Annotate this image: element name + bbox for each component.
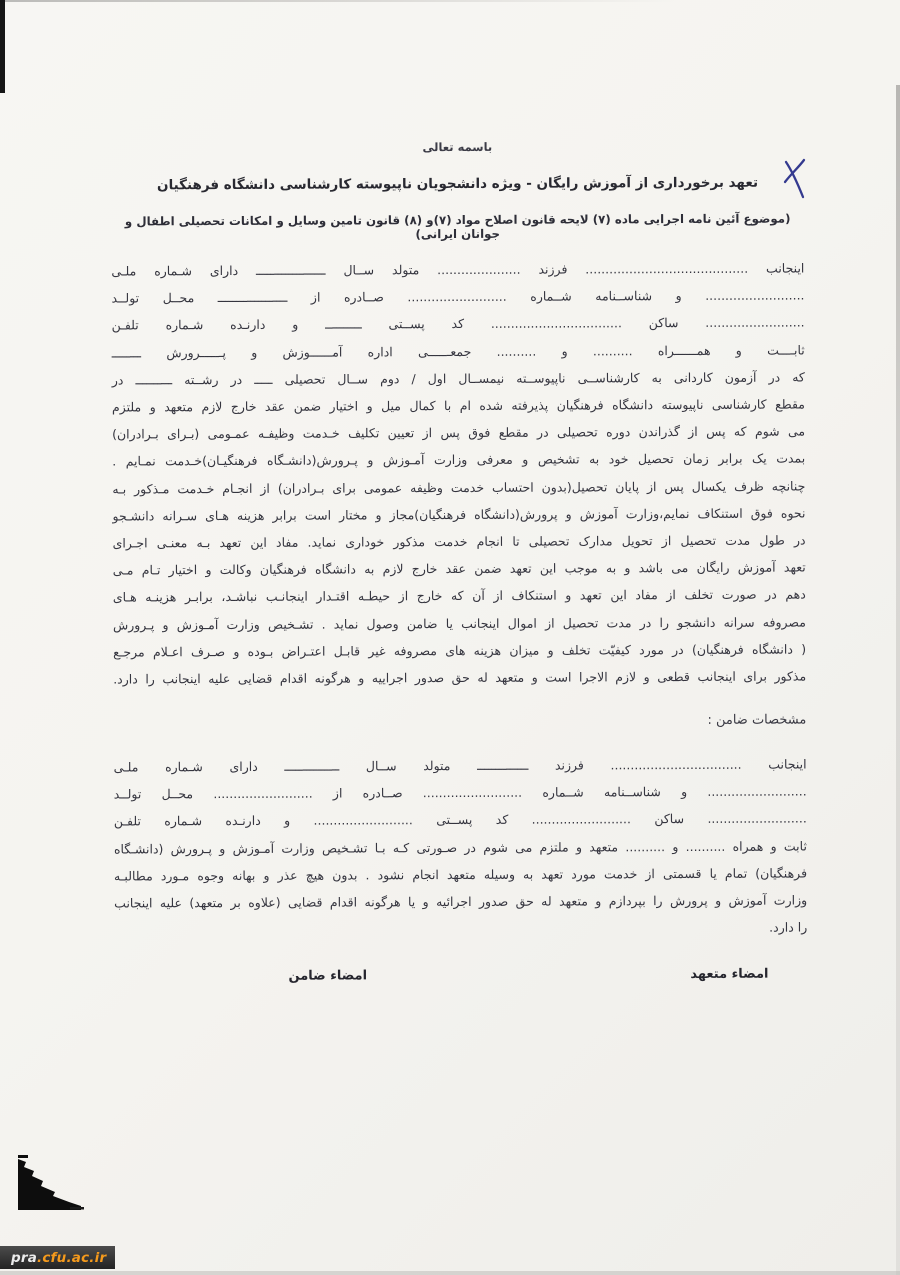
guarantor-paragraph: اینجانب ................................…: [114, 750, 808, 943]
committed-signature-label: امضاء متعهد: [690, 967, 768, 982]
watermark-prefix: pra: [11, 1250, 37, 1266]
document-title: تعهد برخورداری از آموزش رایگان - ویژه دا…: [111, 174, 804, 193]
form-line-address: ......................... ساکن .........…: [114, 805, 807, 835]
scanned-document-page: باسمه تعالی تعهد برخورداری از آموزش رایگ…: [0, 0, 900, 1275]
form-line-address: ......................... ساکن .........…: [112, 309, 805, 339]
watermark-suffix: .cfu.ac.ir: [37, 1250, 106, 1266]
body-line: مقطع کارشناسی ناپیوسته دانشگاه فرهنگیان …: [112, 391, 805, 421]
form-line-id: ......................... و شناســنامه ش…: [114, 778, 807, 808]
body-line: ( دانشگاه فرهنگیان) در مورد کیفیّت تخلف …: [113, 635, 806, 665]
form-line-name: اینجانب ................................…: [111, 254, 804, 284]
guarantor-signature-label: امضاء ضامن: [288, 968, 367, 983]
document-subtitle: (موضوع آئین نامه اجرایی ماده (۷) لایحه ق…: [111, 211, 804, 242]
student-commitment-paragraph: اینجانب ................................…: [111, 254, 806, 692]
site-watermark: pra.cfu.ac.ir: [0, 1246, 115, 1269]
body-line: نحوه فوق استنکاف نمایم،وزارت آموزش و پرو…: [112, 499, 805, 529]
body-line: دهم در صورت تخلف از مفاد این تعهد و استن…: [113, 581, 806, 611]
handwritten-pen-mark-icon: [782, 155, 812, 203]
body-line: را دارد.: [114, 914, 807, 944]
form-line-id: ......................... و شناســنامه ش…: [111, 282, 804, 312]
body-line: تعهد آموزش رایگان می باشد و به موجب این …: [113, 554, 806, 584]
body-line: بمدت یک برابر زمان تحصیل خود به تشخیص و …: [112, 445, 805, 475]
body-line: ثابت و همراه .......... و .......... متع…: [114, 832, 807, 862]
form-line-name: اینجانب ................................…: [114, 750, 807, 780]
body-line: مذکور برای اینجانب قطعی و لازم الاجرا اس…: [113, 663, 806, 693]
body-line: در طول مدت تحصیل از تحویل مدارک تحصیلی ت…: [113, 527, 806, 557]
scan-right-edge-shadow: [896, 85, 900, 1275]
body-line: وزارت آموزش و پرورش را بپردازم و متعهد ل…: [114, 887, 807, 917]
form-line-phone: ثابــــت و همــــــراه .......... و ....…: [112, 336, 805, 366]
body-line: مصروفه سرانه دانشجو را در مدت تحصیل از ا…: [113, 608, 806, 638]
body-line: که در آزمون کاردانی به کارشناســی ناپیوس…: [112, 363, 805, 393]
body-line: می شوم که پس از گذراندن دوره تحصیلی در م…: [112, 418, 805, 448]
document-body: باسمه تعالی تعهد برخورداری از آموزش رایگ…: [110, 0, 809, 1275]
body-line: فرهنگیان) تمام یا قسمتی از خدمت مورد تعه…: [114, 859, 807, 889]
scanner-ink-blob-artifact: [10, 1145, 92, 1221]
scan-left-edge-artifact: [0, 0, 5, 93]
guarantor-section-heading: مشخصات ضامن :: [707, 712, 806, 727]
body-line: چنانچه ظرف یکسال پس از پایان تحصیل(بدون …: [112, 472, 805, 502]
bismillah-text: باسمه تعالی: [111, 138, 804, 155]
